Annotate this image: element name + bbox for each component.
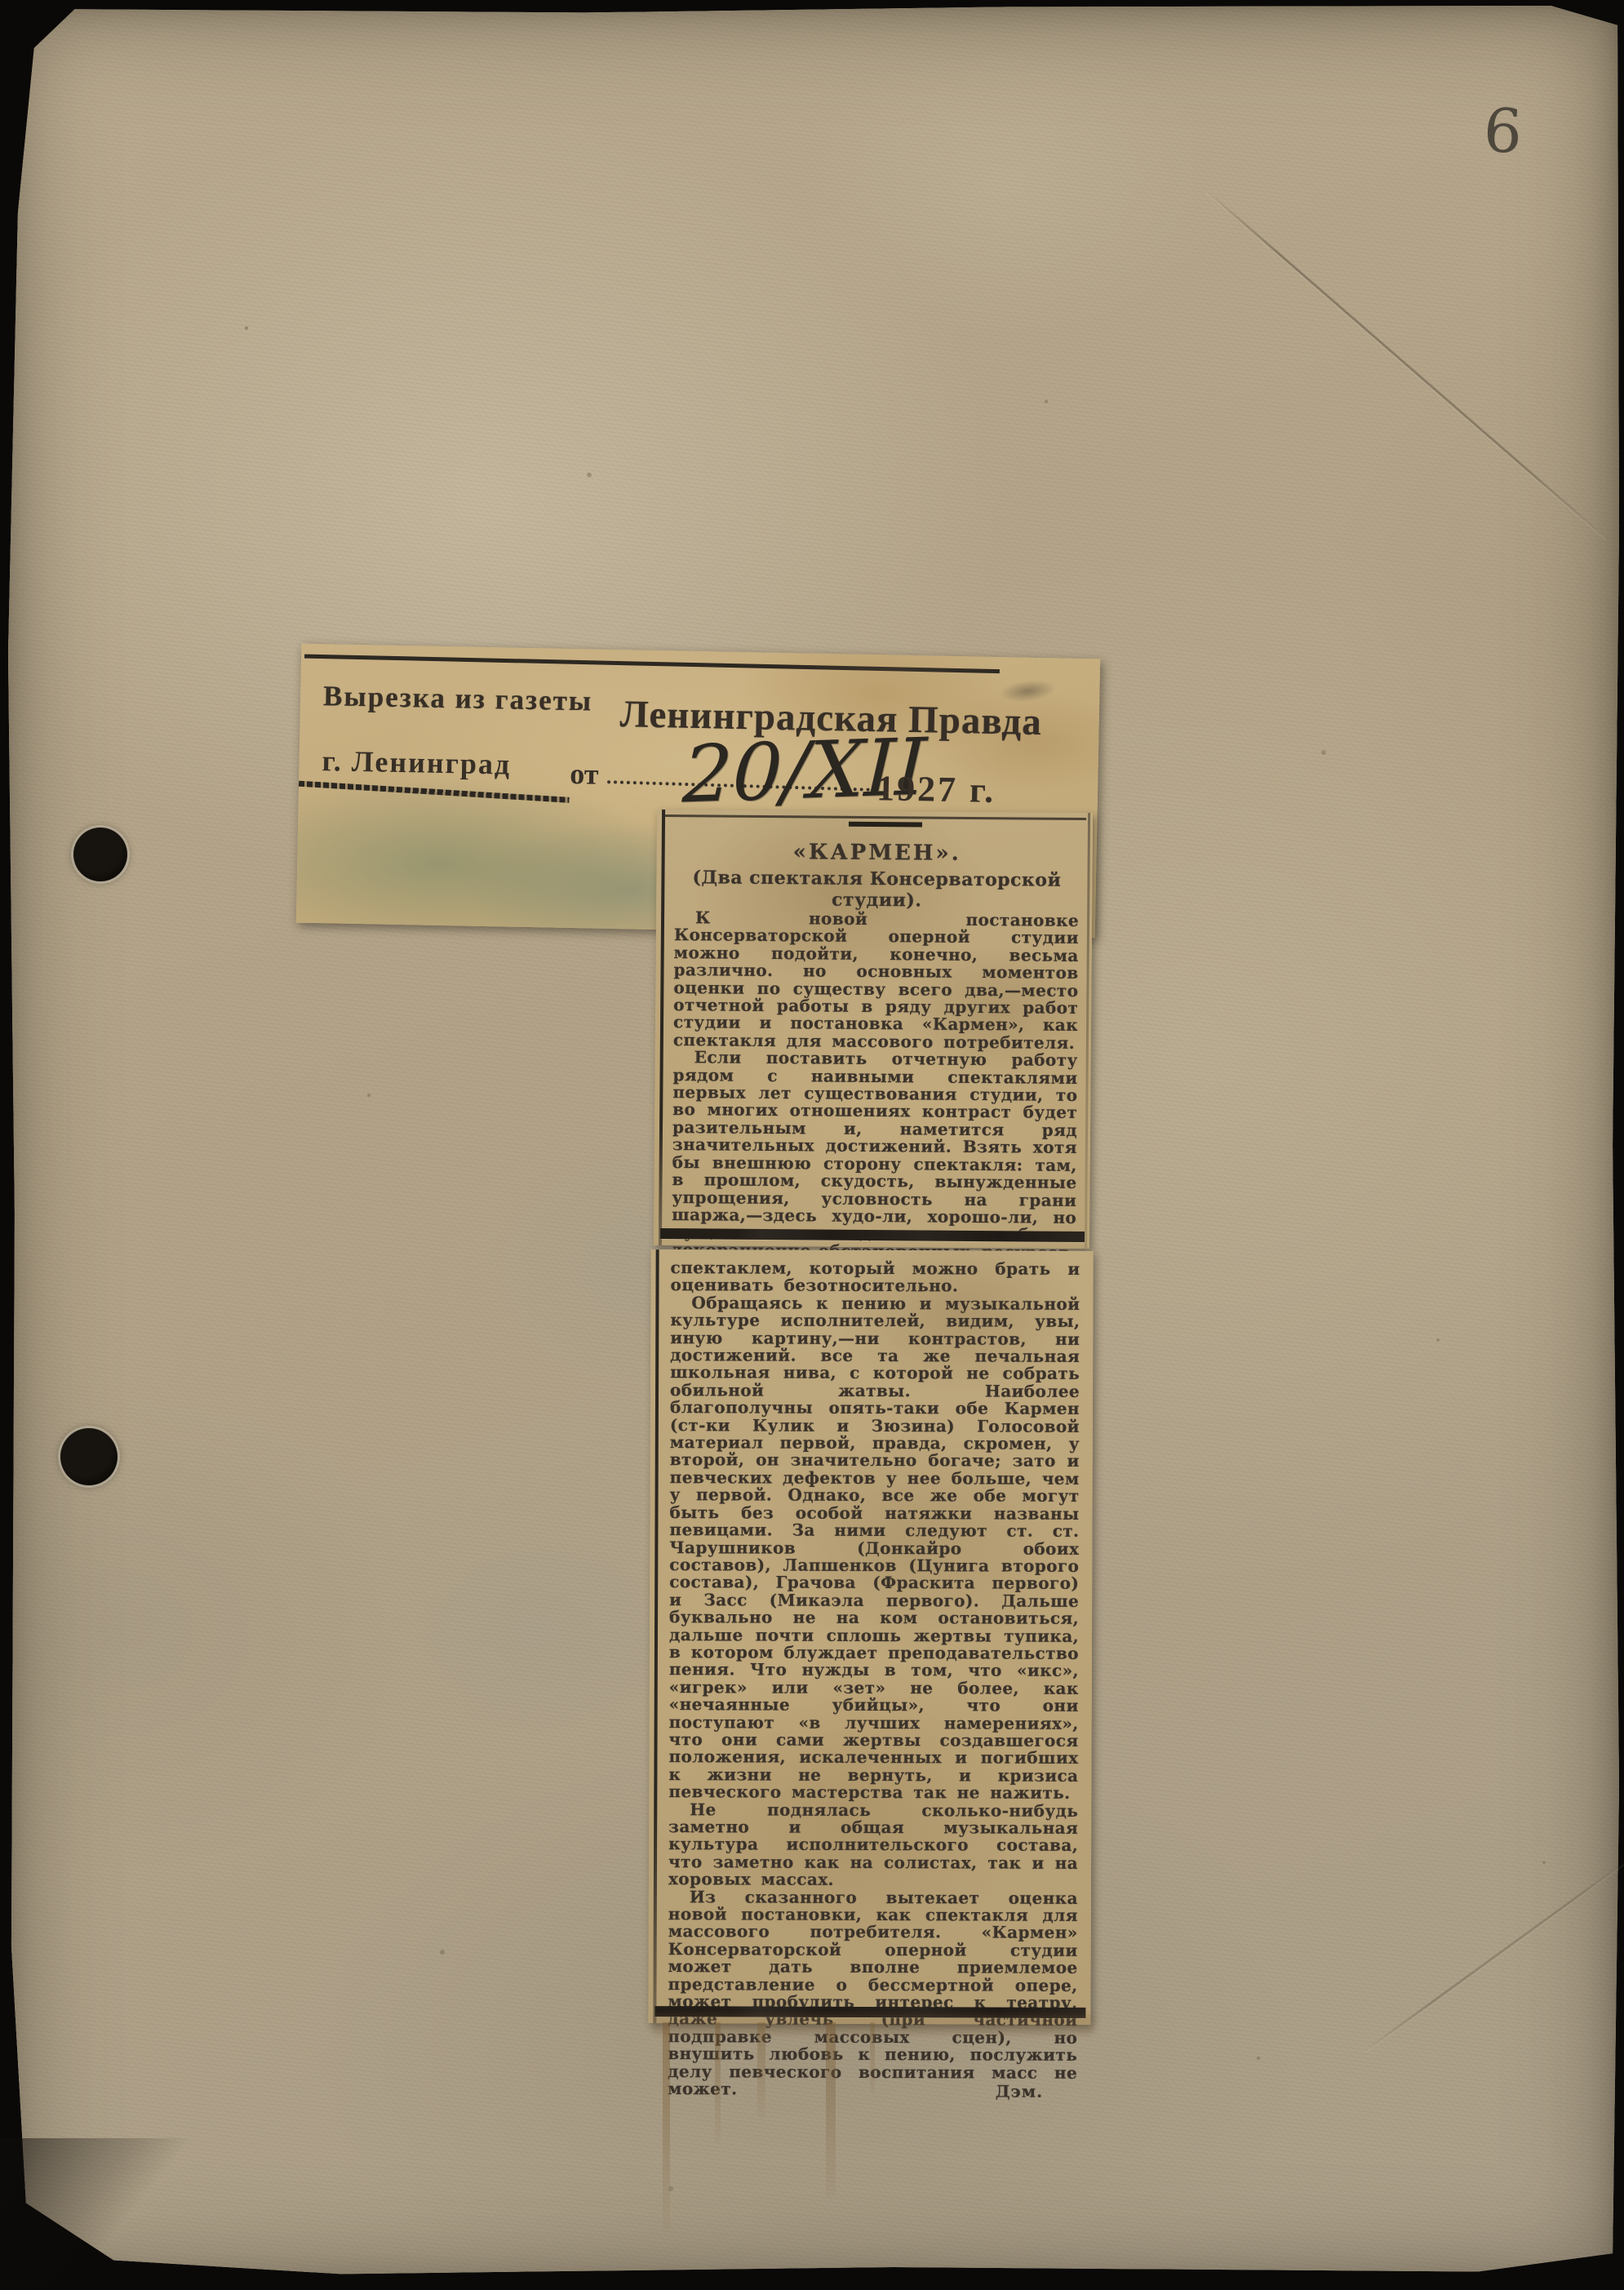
article-paragraph: Обращаясь к пению и музыкальной культуре… [668,1294,1080,1803]
glue-stain-drip [715,2022,721,2145]
glue-stain-drip [870,2022,875,2094]
pencil-smudge [998,677,1058,705]
clipping-fragment-2: спектаклем, который можно брать и оценив… [648,1249,1093,2025]
paper-specks [245,326,248,330]
punch-hole-top [73,828,127,881]
handwritten-page-number: 6 [1482,95,1524,167]
stamp-clipping-from-label: Вырезка из газеты [323,680,593,717]
clipping-top-rule [665,814,1086,820]
punch-hole-bottom [60,1428,118,1485]
glue-stain-drip [826,2022,836,2197]
article-title: «КАРМЕН». [675,839,1080,867]
article-subtitle: (Два спектакля Консерваторской студии). [674,867,1079,912]
stamp-date-prefix: от [570,757,599,792]
clipping-left-rule [659,810,665,1245]
stamp-city: г. Ленинград [322,743,511,781]
stamp-top-rule [304,655,1000,674]
clipping-right-rule [1085,813,1090,1249]
article-paragraph: спектаклем, который можно брать и оценив… [670,1259,1080,1296]
archive-scan: 6 Вырезка из газеты Ленинградская Правда… [0,0,1624,2290]
stamp-year: 1927 г. [876,767,996,811]
article-paragraph: Не поднялась сколько-нибудь заметно и об… [668,1801,1078,1890]
clipping-top-dash [849,822,922,828]
stamp-dashed-rule-left [299,781,570,803]
article-paragraph: К новой постановке Консерваторской оперн… [673,909,1079,1052]
glue-stain-drip [757,2022,765,2119]
clipping-fragment-1: «КАРМЕН». (Два спектакля Консерваторской… [654,810,1093,1249]
glue-stain-drip [663,2022,670,2231]
clipping-left-rule [653,1249,659,2023]
